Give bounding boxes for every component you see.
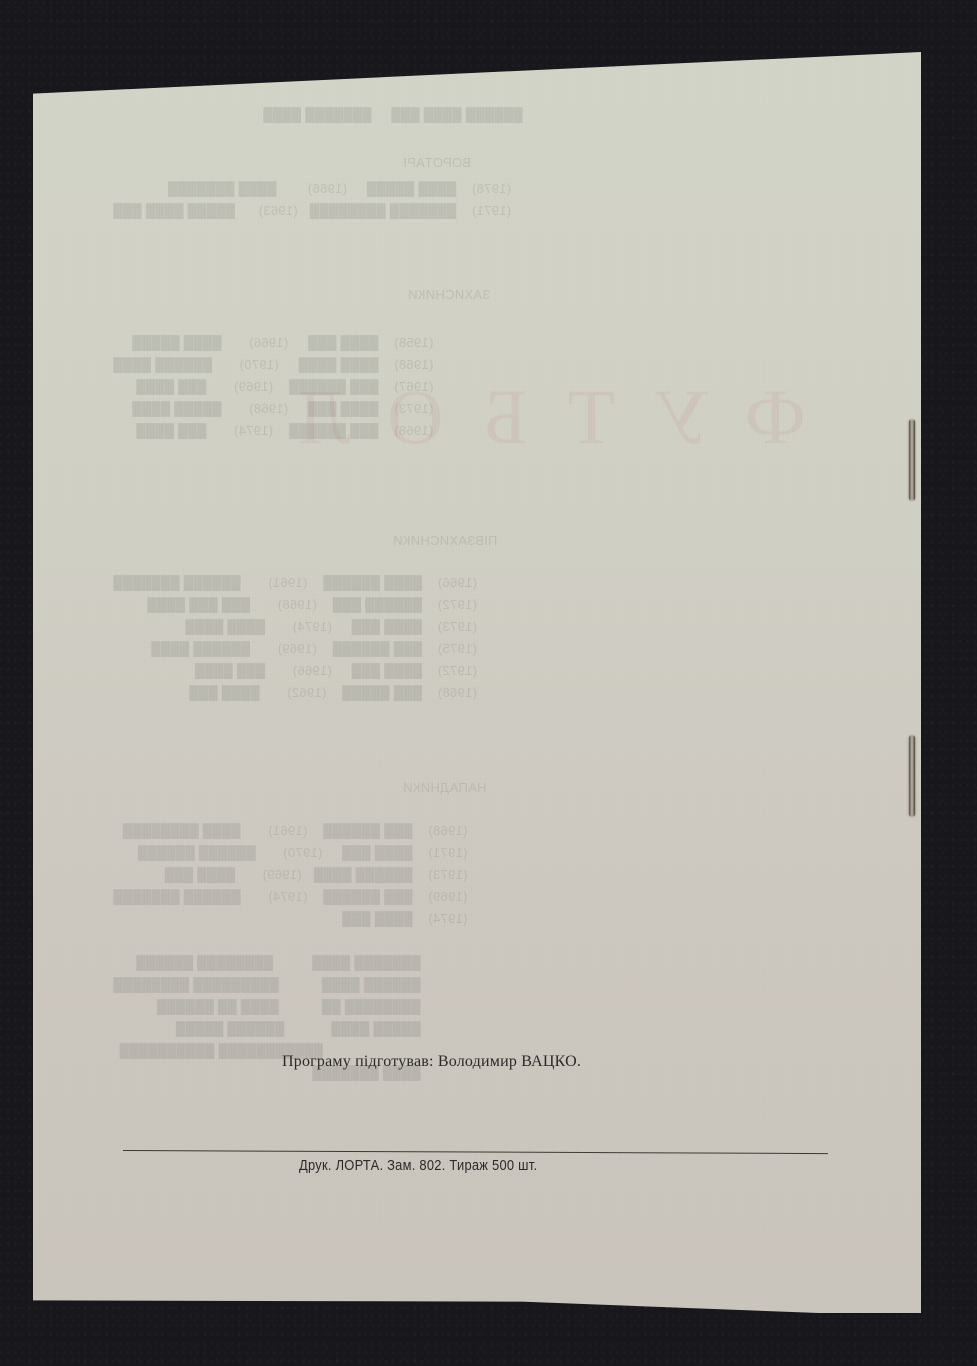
show-through-heading-3: ПІВЗАХИСНИКИ: [393, 530, 497, 552]
imprint-divider: [123, 1150, 828, 1154]
show-through-block-2: (1958) ████ ███ (1966) ████ █████(1968) …: [113, 332, 433, 442]
show-through-block-3: (1966) ████ ██████ (1961) ██████ ███████…: [113, 572, 477, 704]
staple-top: [909, 420, 915, 500]
show-through-heading-1: ВОРОТАРІ: [403, 152, 471, 174]
show-through-heading-4: НАПАДНИКИ: [403, 777, 487, 799]
show-through-block-1: (1978) ████ █████ (1966) ████ ███████(19…: [113, 178, 511, 222]
show-through-block-4: (1968) ███ ██████ (1961) ████ ████████(1…: [113, 820, 468, 930]
show-through-heading-2: ЗАХИСНИКИ: [408, 284, 490, 306]
show-through-header: ██████ ████ ███ ███████ ████: [263, 104, 523, 126]
printer-imprint: Друк. ЛОРТА. Зам. 802. Тираж 500 шт.: [299, 1157, 537, 1174]
staple-bottom: [909, 736, 915, 816]
programme-back-page: ФУТБОЛ ██████ ████ ███ ███████ ████ ВОРО…: [33, 52, 921, 1313]
prepared-by-credit: Програму підготував: Володимир ВАЦКО.: [282, 1053, 581, 1071]
